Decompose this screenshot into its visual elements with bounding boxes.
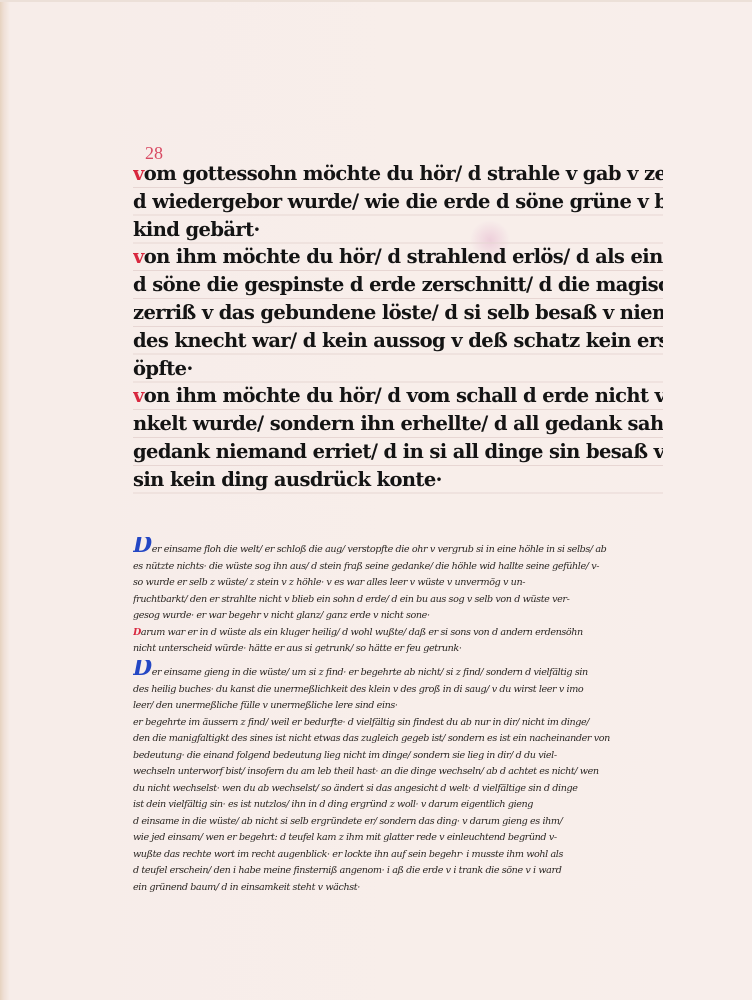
manuscript-page: 28 vom gottessohn möchte du hör/ d strah… xyxy=(0,0,752,1000)
cursive-section-1: Der einsame floh die welt/ er schloß die… xyxy=(133,537,663,658)
blue-initial: D xyxy=(133,537,152,558)
text-line: nkelt wurde/ sondern ihn erhellte/ d all… xyxy=(133,410,663,438)
text-line: on ihm möchte du hör/ d strahlend erlös/… xyxy=(144,245,663,268)
text-line: er einsame gieng in die wüste/ um si z f… xyxy=(152,667,588,678)
text-line: om gottessohn möchte du hör/ d strahle v… xyxy=(144,162,663,185)
text-line: nicht unterscheid würde· hätte er aus si… xyxy=(133,641,663,658)
text-line: arum war er in d wüste als ein kluger he… xyxy=(141,627,583,638)
blue-initial: D xyxy=(133,660,152,681)
text-line: on ihm möchte du hör/ d vom schall d erd… xyxy=(144,384,663,407)
cursive-section-2: Der einsame gieng in die wüste/ um si z … xyxy=(133,660,663,896)
text-line: öpfte· xyxy=(133,355,663,383)
text-line: kind gebärt· xyxy=(133,216,663,244)
text-line: zerriß v das gebundene löste/ d si selb … xyxy=(133,299,663,327)
text-line: gesog wurde· er war begehr v nicht glanz… xyxy=(133,608,663,625)
text-line: d teufel erschein/ den i habe meine fins… xyxy=(133,863,663,880)
text-line: d söne die gespinste d erde zerschnitt/ … xyxy=(133,271,663,299)
text-line: wußte das rechte wort im recht augenblic… xyxy=(133,847,663,864)
text-line: d wiedergebor wurde/ wie die erde d söne… xyxy=(133,188,663,216)
text-line: fruchtbarkt/ den er strahlte nicht v bli… xyxy=(133,592,663,609)
text-line: sin kein ding ausdrück konte· xyxy=(133,466,663,494)
text-line: wechseln unterworf bist/ insofern du am … xyxy=(133,764,663,781)
text-line: er begehrte im äussern z find/ weil er b… xyxy=(133,715,663,732)
red-initial: v xyxy=(133,245,144,268)
paragraph-1: vom gottessohn möchte du hör/ d strahle … xyxy=(133,160,663,243)
paragraph-3: von ihm möchte du hör/ d vom schall d er… xyxy=(133,382,663,493)
text-line: des knecht war/ d kein aussog v deß scha… xyxy=(133,327,663,355)
text-line: leer/ den unermeßliche fülle v unermeßli… xyxy=(133,698,663,715)
calligraphy-block: vom gottessohn möchte du hör/ d strahle … xyxy=(133,160,663,494)
text-line: er einsame floh die welt/ er schloß die … xyxy=(152,544,607,555)
text-line: des heilig buches· du kanst die unermeßl… xyxy=(133,682,663,699)
text-line: du nicht wechselst· wen du ab wechselst/… xyxy=(133,781,663,798)
text-line: es nützte nichts· die wüste sog ihn aus/… xyxy=(133,559,663,576)
text-line: den die manigfaltigkt des sines ist nich… xyxy=(133,731,663,748)
text-line: ein grünend baum/ d in einsamkeit steht … xyxy=(133,880,663,897)
text-line: bedeutung· die einand folgend bedeutung … xyxy=(133,748,663,765)
text-line: gedank niemand erriet/ d in si all dinge… xyxy=(133,438,663,466)
text-line: ist dein vielfältig sin· es ist nutzlos/… xyxy=(133,797,663,814)
red-initial: D xyxy=(133,627,141,638)
text-line: so wurde er selb z wüste/ z stein v z hö… xyxy=(133,575,663,592)
red-initial: v xyxy=(133,384,144,407)
paragraph-2: von ihm möchte du hör/ d strahlend erlös… xyxy=(133,243,663,382)
red-initial: v xyxy=(133,162,144,185)
text-line: wie jed einsam/ wen er begehrt: d teufel… xyxy=(133,830,663,847)
text-line: d einsame in die wüste/ ab nicht si selb… xyxy=(133,814,663,831)
